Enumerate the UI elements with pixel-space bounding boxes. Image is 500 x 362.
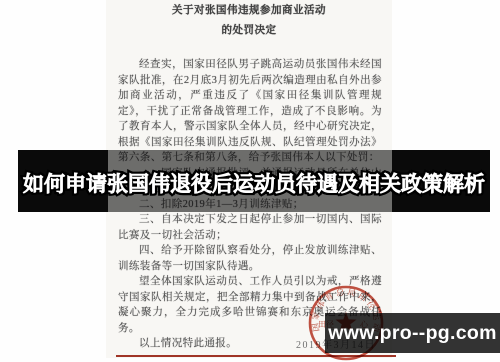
watermark-box: www.pro--pg.com: [325, 313, 500, 353]
document-paragraph: 三、自本决定下发之日起停止参加一切国内、国际比赛及一切社会活动；: [118, 212, 382, 243]
document-title-line1: 关于对张国伟违规参加商业活动: [106, 1, 392, 21]
screenshot-root: 关于对张国伟违规参加商业活动 的处罚决定 经查实，国家田径队男子跳高运动员张国伟…: [0, 0, 500, 362]
document-title-line2: 的处罚决定: [106, 21, 392, 41]
headline-text: 如何申请张国伟退役后运动员待遇及相关政策解析: [23, 174, 485, 195]
watermark-url: www.pro--pg.com: [328, 322, 496, 345]
document-title: 关于对张国伟违规参加商业活动 的处罚决定: [106, 1, 392, 41]
document-paragraph: 四、给予开除留队察看处分，停止发放训练津贴、训练装备等一切国家队待遇。: [118, 243, 382, 274]
headline-banner: 如何申请张国伟退役后运动员待遇及相关政策解析 如何申请张国伟退役后运动员待遇及相…: [18, 150, 490, 212]
